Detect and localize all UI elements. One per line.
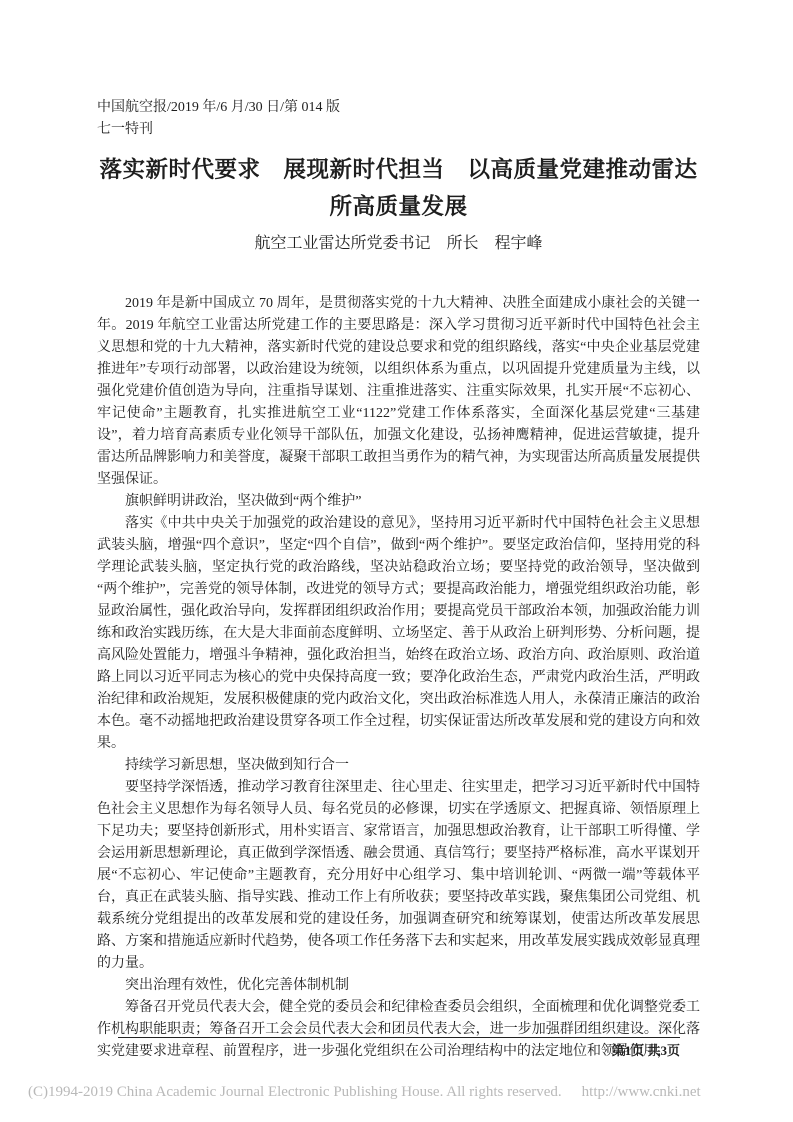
section-subhead: 持续学习新思想，坚决做到知行合一: [97, 755, 700, 777]
body-paragraph: 2019 年是新中国成立 70 周年，是贯彻落实党的十九大精神、决胜全面建成小康…: [97, 293, 700, 491]
edition-line: 七一特刊: [97, 119, 700, 141]
copyright-text: (C)1994-2019 China Academic Journal Elec…: [28, 1084, 562, 1100]
copyright-line: (C)1994-2019 China Academic Journal Elec…: [28, 1082, 701, 1102]
source-line: 中国航空报/2019 年/6 月/30 日/第 014 版: [97, 97, 700, 119]
body-paragraph: 要坚持学深悟透，推动学习教育往深里走、往心里走、往实里走，把学习习近平新时代中国…: [97, 777, 700, 975]
article-title: 落实新时代要求 展现新时代担当 以高质量党建推动雷达所高质量发展: [97, 151, 700, 225]
document-header: 中国航空报/2019 年/6 月/30 日/第 014 版 七一特刊: [97, 97, 700, 141]
body-paragraph: 落实《中共中央关于加强党的政治建设的意见》，坚持用习近平新时代中国特色社会主义思…: [97, 513, 700, 755]
section-subhead: 旗帜鲜明讲政治，坚决做到“两个维护”: [97, 491, 700, 513]
section-subhead: 突出治理有效性，优化完善体制机制: [97, 975, 700, 997]
article-byline: 航空工业雷达所党委书记 所长 程宇峰: [97, 233, 700, 255]
page-indicator: 第1页 共3页: [118, 1041, 680, 1061]
article-body: 2019 年是新中国成立 70 周年，是贯彻落实党的十九大精神、决胜全面建成小康…: [97, 293, 700, 1063]
footer-divider: [118, 1037, 680, 1038]
cnki-url: http://www.cnki.net: [582, 1084, 701, 1100]
document-page: 中国航空报/2019 年/6 月/30 日/第 014 版 七一特刊 落实新时代…: [0, 0, 793, 1122]
